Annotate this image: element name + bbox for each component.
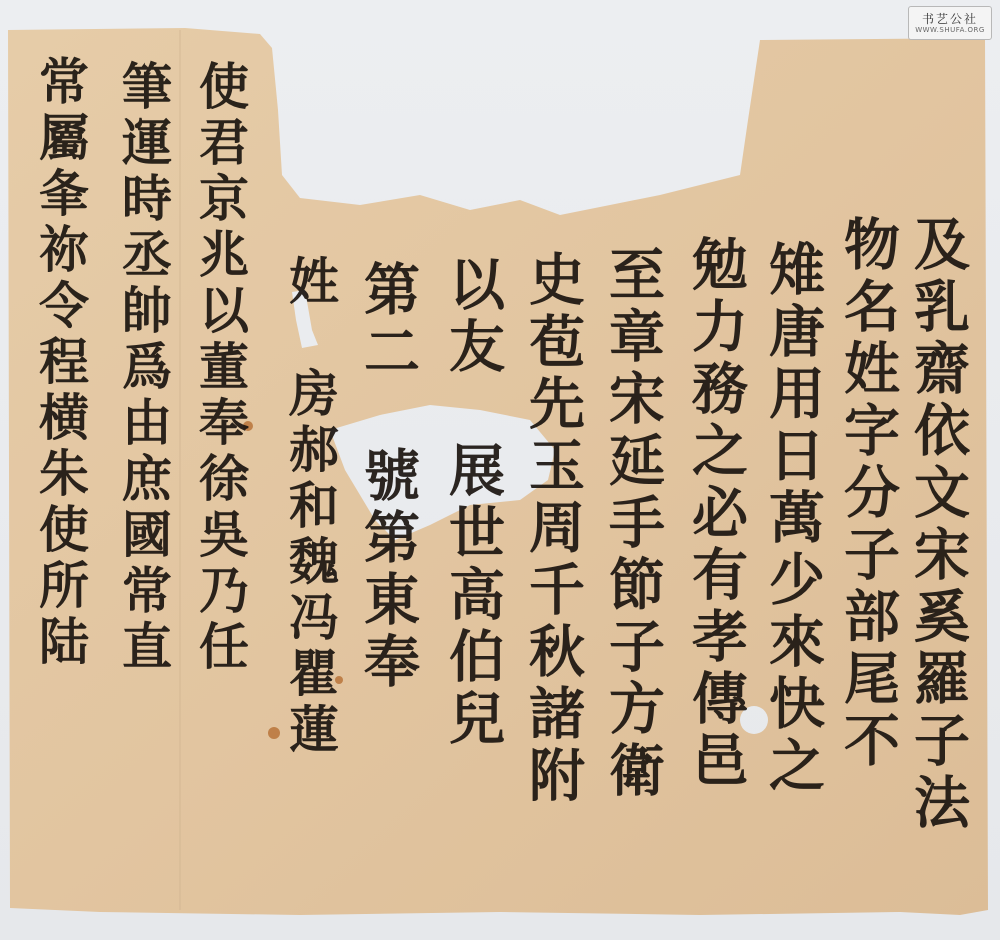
- text-column-12: 常屬夆祢令程横朱使所陆: [35, 55, 85, 671]
- text-column-9: 姓 房郝和魏冯瞿蓮: [285, 255, 335, 759]
- watermark-url: WWW.SHUFA.ORG: [915, 26, 985, 35]
- text-column-4: 勉力務之必有孝傳邑: [688, 235, 744, 793]
- stain-spot: [268, 727, 280, 739]
- watermark-title: 书艺公社: [922, 12, 978, 26]
- text-column-1: 及乳齋依文宋奚羅子法: [910, 215, 966, 835]
- text-column-10: 使君京兆以董奉徐吳乃任: [195, 60, 245, 676]
- text-column-7: 以友 展世高伯兒: [445, 255, 501, 751]
- text-column-3: 雉唐用日萬少來快之: [765, 240, 821, 798]
- text-column-11: 筆運時丞帥爲由庶國常直: [118, 60, 168, 676]
- text-column-2: 物名姓字分子部尾不: [840, 215, 896, 773]
- text-column-5: 至章宋延手節子方衛: [605, 245, 661, 803]
- manuscript-paper: 及乳齋依文宋奚羅子法 物名姓字分子部尾不 雉唐用日萬少來快之 勉力務之必有孝傳邑…: [0, 0, 1000, 940]
- text-column-8: 第二 號第東奉: [360, 260, 416, 694]
- site-watermark: 书艺公社 WWW.SHUFA.ORG: [908, 6, 992, 40]
- text-column-6: 史苞先玉周千秋諸附: [525, 250, 581, 808]
